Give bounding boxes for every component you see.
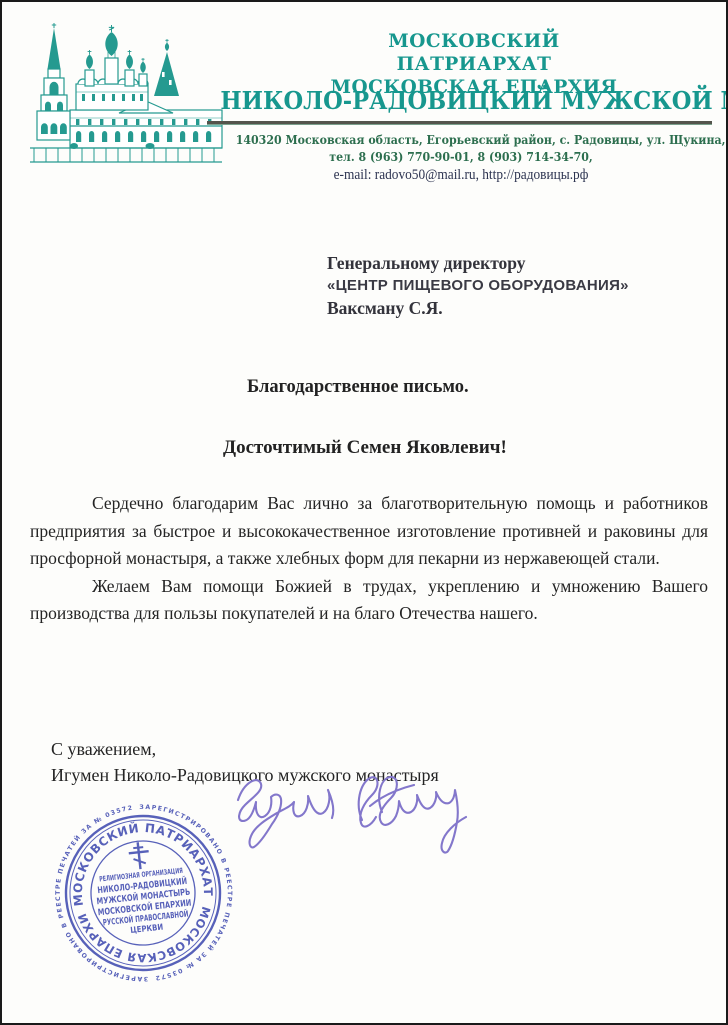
- recipient-company: «ЦЕНТР ПИЩЕВОГО ОБОРУДОВАНИЯ»: [327, 275, 629, 297]
- monastery-name-title: НИКОЛО-РАДОВИЦКИЙ МУЖСКОЙ МОНАСТЫРЬ: [220, 86, 701, 115]
- monastery-illustration: [26, 22, 226, 174]
- paragraph-1: Сердечно благодарим Вас лично за благотв…: [30, 490, 708, 573]
- address-line-1: 140320 Московская область, Егорьевский р…: [236, 132, 687, 147]
- stamp-center-line-6: ЦЕРКВИ: [130, 922, 164, 935]
- orthodox-cross-icon: [128, 841, 151, 870]
- handwritten-signature: [224, 766, 476, 860]
- signoff-respect: С уважением,: [51, 736, 439, 762]
- address-line-2: тел. 8 (963) 770-90-01, 8 (903) 714-34-7…: [236, 149, 687, 164]
- org-name-line-1: МОСКОВСКИЙ ПАТРИАРХАТ: [328, 30, 620, 76]
- paragraph-2: Желаем Вам помощи Божией в трудах, укреп…: [30, 573, 708, 628]
- letter-title: Благодарственное письмо.: [247, 377, 469, 398]
- letter-body: Сердечно благодарим Вас лично за благотв…: [30, 490, 708, 628]
- scanned-letter-page: МОСКОВСКИЙ ПАТРИАРХАТ МОСКОВСКАЯ ЕПАРХИЯ…: [0, 0, 728, 1025]
- recipient-block: Генеральному директору «ЦЕНТР ПИЩЕВОГО О…: [327, 252, 629, 320]
- salutation: Досточтимый Семен Яковлевич!: [223, 437, 507, 459]
- monastery-stamp: ЗАРЕГИСТРИРОВАНО В РЕЕСТРЕ ПЕЧАТЕЙ ЗА № …: [52, 802, 234, 984]
- header-divider: [207, 121, 712, 125]
- recipient-name: Ваксману С.Я.: [327, 297, 629, 320]
- contact-line: e-mail: radovo50@mail.ru, http://радовиц…: [225, 167, 696, 184]
- recipient-position: Генеральному директору: [327, 252, 629, 275]
